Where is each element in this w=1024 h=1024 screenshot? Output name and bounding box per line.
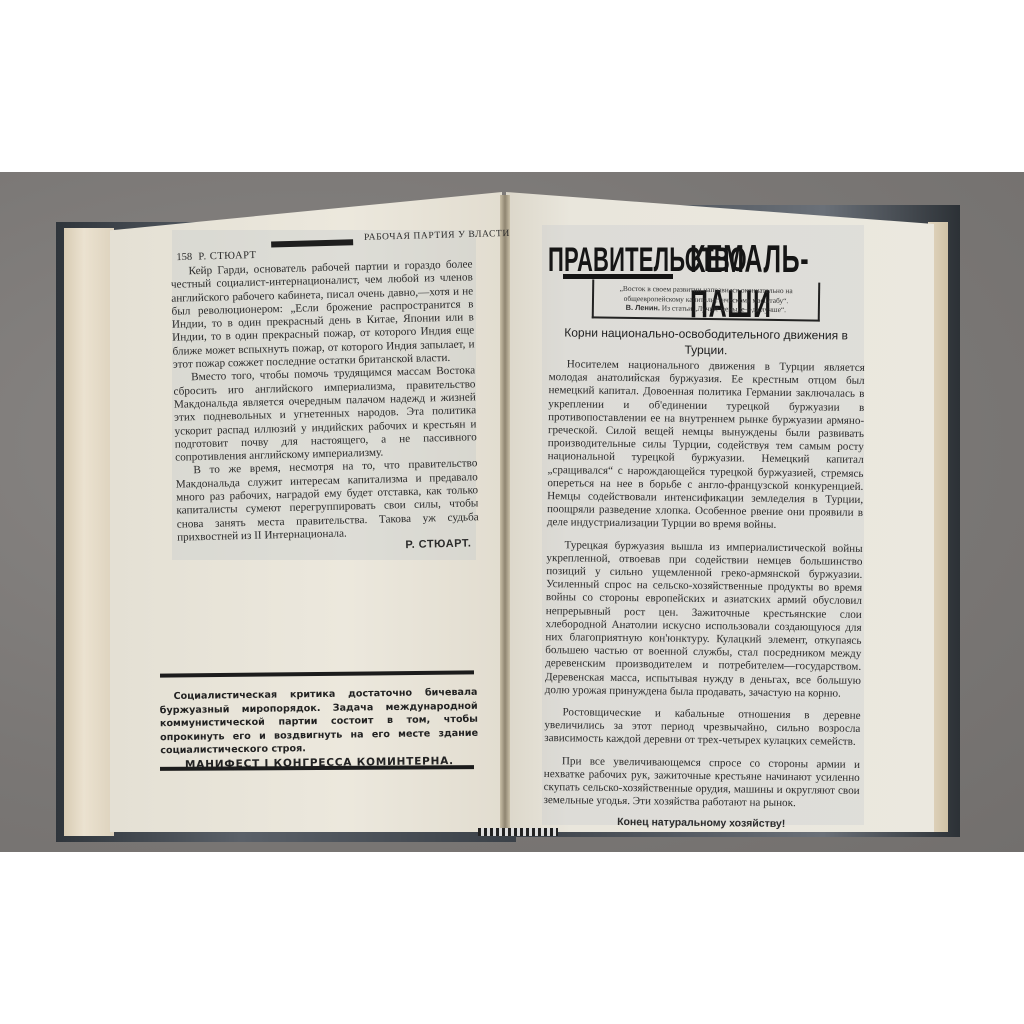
headline-underline: [563, 274, 673, 279]
paragraph: При все увеличивающемся спросе со сторон…: [543, 755, 860, 812]
paragraph: Носителем национального движения в Турци…: [547, 358, 865, 533]
spine-stitching: [478, 828, 558, 836]
page-edges-left: [64, 228, 114, 836]
paragraph: В то же время, несмотря на то, что прави…: [175, 458, 479, 545]
paragraph: Ростовщические и кабальные отношения в д…: [544, 706, 860, 749]
paragraph: Вместо того, чтобы помочь трудящимся мас…: [173, 365, 477, 465]
lenin-epigraph: „Восток в своем развитии направился окон…: [592, 279, 821, 321]
paragraph: Кейр Гарди, основатель рабочей партии и …: [170, 258, 475, 372]
running-author: Р. СТЮАРТ: [198, 250, 256, 263]
epigraph-text: „Восток в своем развитии направился окон…: [620, 284, 793, 305]
manifesto-quote: Социалистическая критика достаточно биче…: [159, 686, 478, 772]
right-page-body: Носителем национального движения в Турци…: [543, 358, 865, 832]
left-page-body: Кейр Гарди, основатель рабочей партии и …: [170, 258, 479, 558]
quote-text: Социалистическая критика достаточно биче…: [159, 686, 478, 758]
article-subheading: Корни национально-освободительного движе…: [546, 324, 866, 359]
epigraph-author: В. Ленин.: [626, 303, 660, 312]
page-number: 158: [176, 252, 192, 263]
epigraph-source: Из статьи „Лучше меньше—да лучше“.: [662, 303, 786, 314]
book-gutter: [500, 195, 510, 835]
paragraph: Турецкая буржуазия вышла из империалисти…: [545, 539, 863, 701]
